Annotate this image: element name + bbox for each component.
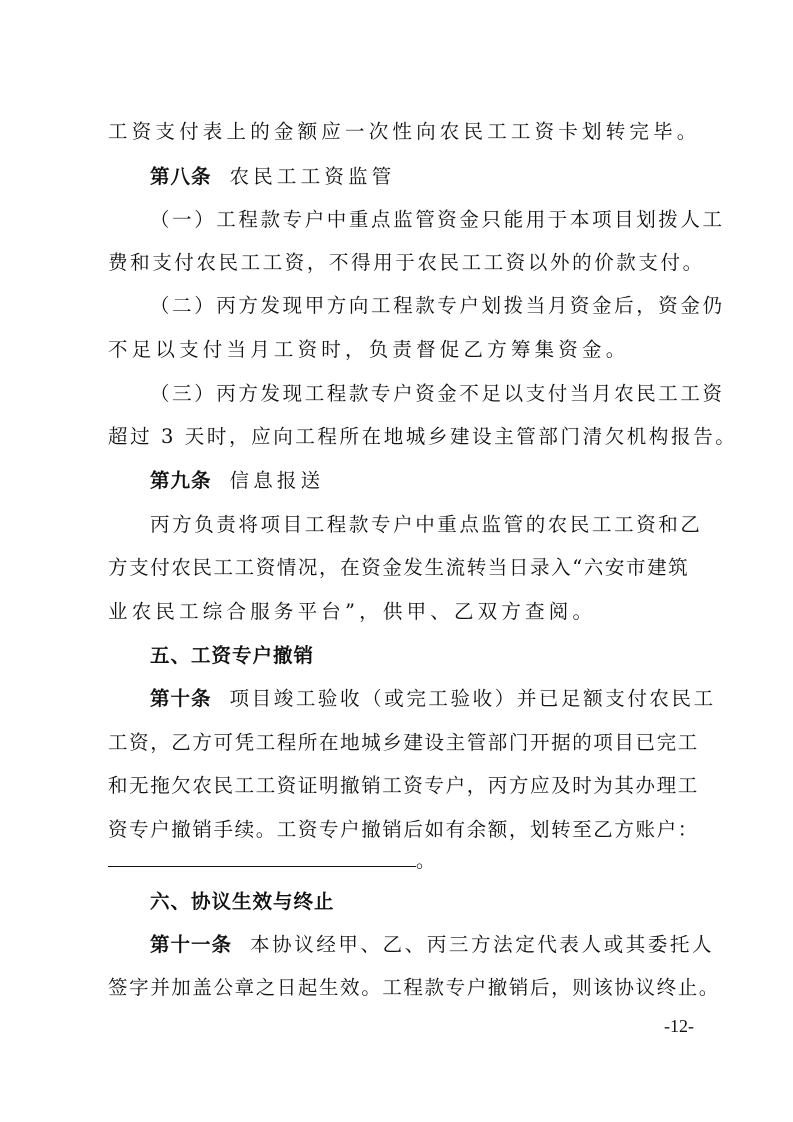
- paragraph-line: （二）丙方发现甲方向工程款专户划拨当月资金后，资金仍: [150, 293, 740, 319]
- article-label: 第十条: [150, 687, 212, 710]
- article-label: 第八条: [150, 165, 212, 188]
- account-blank-field: [108, 866, 416, 867]
- article-label: 第九条: [150, 469, 212, 492]
- article-10-heading: 第十条项目竣工验收（或完工验收）并已足额支付农民工: [150, 686, 740, 712]
- paragraph-line: 工资支付表上的金额应一次性向农民工工资卡划转完毕。: [108, 119, 698, 145]
- paragraph-line: 不足以支付当月工资时，负责督促乙方筹集资金。: [108, 337, 698, 363]
- section-heading: 六、协议生效与终止: [150, 889, 740, 915]
- paragraph-line: 业农民工综合服务平台”，供甲、乙双方查阅。: [108, 599, 698, 625]
- section-heading: 五、工资专户撤销: [150, 643, 740, 669]
- article-9-heading: 第九条信息报送: [150, 468, 740, 494]
- paragraph-line: 费和支付农民工工资，不得用于农民工工资以外的价款支付。: [108, 250, 698, 276]
- paragraph-line: 资专户撤销手续。工资专户撤销后如有余额，划转至乙方账户：: [108, 817, 698, 843]
- article-11-heading: 第十一条本协议经甲、乙、丙三方法定代表人或其委托人: [150, 932, 740, 958]
- article-title: 信息报送: [230, 469, 325, 492]
- article-8-heading: 第八条农民工工资监管: [150, 164, 740, 190]
- article-body: 本协议经甲、乙、丙三方法定代表人或其委托人: [250, 933, 714, 956]
- paragraph-line: 超过 3 天时，应向工程所在地城乡建设主管部门清欠机构报告。: [108, 424, 698, 450]
- period-mark: 。: [416, 846, 435, 873]
- paragraph-line: 方支付农民工工资情况，在资金发生流转当日录入“六安市建筑: [108, 555, 698, 581]
- page-number: -12-: [664, 1016, 694, 1037]
- paragraph-line: （三）丙方发现工程款专户资金不足以支付当月农民工工资: [150, 381, 740, 407]
- article-label: 第十一条: [150, 933, 232, 956]
- paragraph-line: 签字并加盖公章之日起生效。工程款专户撤销后，则该协议终止。: [108, 975, 698, 1001]
- paragraph-line: 丙方负责将项目工程款专户中重点监管的农民工工资和乙: [150, 512, 740, 538]
- article-body: 项目竣工验收（或完工验收）并已足额支付农民工: [230, 687, 716, 710]
- paragraph-line: 工资，乙方可凭工程所在地城乡建设主管部门开据的项目已完工: [108, 730, 698, 756]
- paragraph-line: （一）工程款专户中重点监管资金只能用于本项目划拨人工: [150, 207, 740, 233]
- paragraph-line: 和无拖欠农民工工资证明撤销工资专户，丙方应及时为其办理工: [108, 773, 698, 799]
- article-title: 农民工工资监管: [230, 165, 396, 188]
